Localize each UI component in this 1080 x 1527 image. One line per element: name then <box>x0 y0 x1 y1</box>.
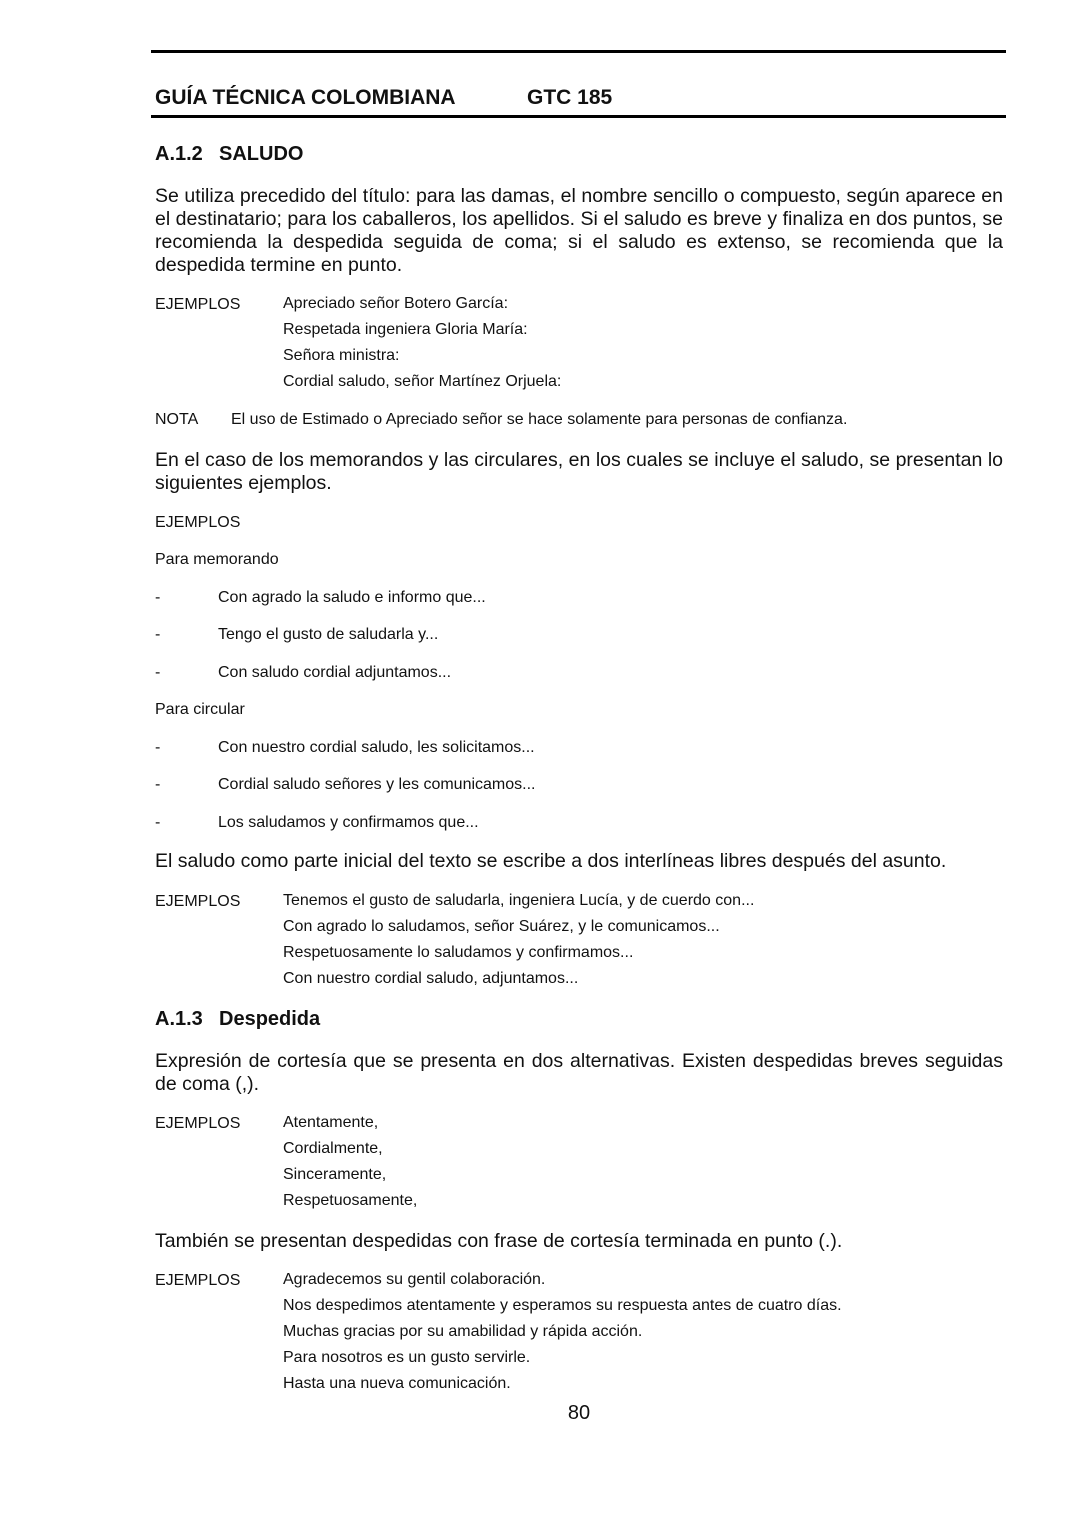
circular-item: Cordial saludo señores y les comunicamos… <box>218 776 535 794</box>
example-item: Agradecemos su gentil colaboración. <box>283 1267 842 1293</box>
circular-label: Para circular <box>155 701 245 719</box>
despedida-intro-paragraph: Expresión de cortesía que se presenta en… <box>155 1050 1003 1096</box>
examples-label: EJEMPLOS <box>155 514 240 532</box>
circular-item: Los saludamos y confirmamos que... <box>218 814 479 832</box>
example-item: Cordial saludo, señor Martínez Orjuela: <box>283 369 561 395</box>
memo-item: Tengo el gusto de saludarla y... <box>218 626 438 644</box>
header-rule-top <box>151 50 1006 53</box>
section-title: Despedida <box>219 1008 320 1030</box>
bullet-dash: - <box>155 589 160 607</box>
example-item: Muchas gracias por su amabilidad y rápid… <box>283 1319 842 1345</box>
page-number: 80 <box>0 1402 1080 1425</box>
note-text: El uso de Estimado o Apreciado señor se … <box>231 411 847 429</box>
example-item: Apreciado señor Botero García: <box>283 291 561 317</box>
example-item: Tenemos el gusto de saludarla, ingeniera… <box>283 888 754 914</box>
section-title: SALUDO <box>219 143 303 165</box>
section-heading-despedida: A.1.3Despedida <box>155 1008 320 1031</box>
phrase-intro-paragraph: También se presentan despedidas con fras… <box>155 1230 1003 1253</box>
examples-label: EJEMPLOS <box>155 1272 240 1290</box>
example-item: Hasta una nueva comunicación. <box>283 1371 842 1397</box>
header-rule-bottom <box>151 115 1006 118</box>
memo-label: Para memorando <box>155 551 279 569</box>
section-heading-saludo: A.1.2SALUDO <box>155 143 303 166</box>
memo-intro-paragraph: En el caso de los memorandos y las circu… <box>155 449 1003 495</box>
initial-text-paragraph: El saludo como parte inicial del texto s… <box>155 850 1003 873</box>
example-item: Respetuosamente, <box>283 1188 417 1214</box>
example-item: Con nuestro cordial saludo, adjuntamos..… <box>283 966 754 992</box>
example-item: Señora ministra: <box>283 343 561 369</box>
bullet-dash: - <box>155 776 160 794</box>
section-number: A.1.2 <box>155 143 219 166</box>
example-item: Respetuosamente lo saludamos y confirmam… <box>283 940 754 966</box>
example-item: Nos despedimos atentamente y esperamos s… <box>283 1293 842 1319</box>
examples-label: EJEMPLOS <box>155 1115 240 1133</box>
bullet-dash: - <box>155 664 160 682</box>
document-title: GUÍA TÉCNICA COLOMBIANA <box>155 86 456 109</box>
initial-examples-list: Tenemos el gusto de saludarla, ingeniera… <box>283 888 754 992</box>
bullet-dash: - <box>155 626 160 644</box>
bullet-dash: - <box>155 814 160 832</box>
examples-label: EJEMPLOS <box>155 296 240 314</box>
document-code: GTC 185 <box>527 86 612 110</box>
note-label: NOTA <box>155 411 198 429</box>
circular-item: Con nuestro cordial saludo, les solicita… <box>218 739 535 757</box>
saludo-examples-list: Apreciado señor Botero García: Respetada… <box>283 291 561 395</box>
example-item: Para nosotros es un gusto servirle. <box>283 1345 842 1371</box>
phrase-farewell-list: Agradecemos su gentil colaboración. Nos … <box>283 1267 842 1397</box>
example-item: Atentamente, <box>283 1110 417 1136</box>
bullet-dash: - <box>155 739 160 757</box>
example-item: Con agrado lo saludamos, señor Suárez, y… <box>283 914 754 940</box>
short-farewell-list: Atentamente, Cordialmente, Sinceramente,… <box>283 1110 417 1214</box>
memo-item: Con saludo cordial adjuntamos... <box>218 664 451 682</box>
example-item: Cordialmente, <box>283 1136 417 1162</box>
example-item: Respetada ingeniera Gloria María: <box>283 317 561 343</box>
saludo-intro-paragraph: Se utiliza precedido del título: para la… <box>155 185 1003 277</box>
document-header: GUÍA TÉCNICA COLOMBIANA GTC 185 <box>155 86 456 110</box>
example-item: Sinceramente, <box>283 1162 417 1188</box>
memo-item: Con agrado la saludo e informo que... <box>218 589 486 607</box>
examples-label: EJEMPLOS <box>155 893 240 911</box>
section-number: A.1.3 <box>155 1008 219 1031</box>
